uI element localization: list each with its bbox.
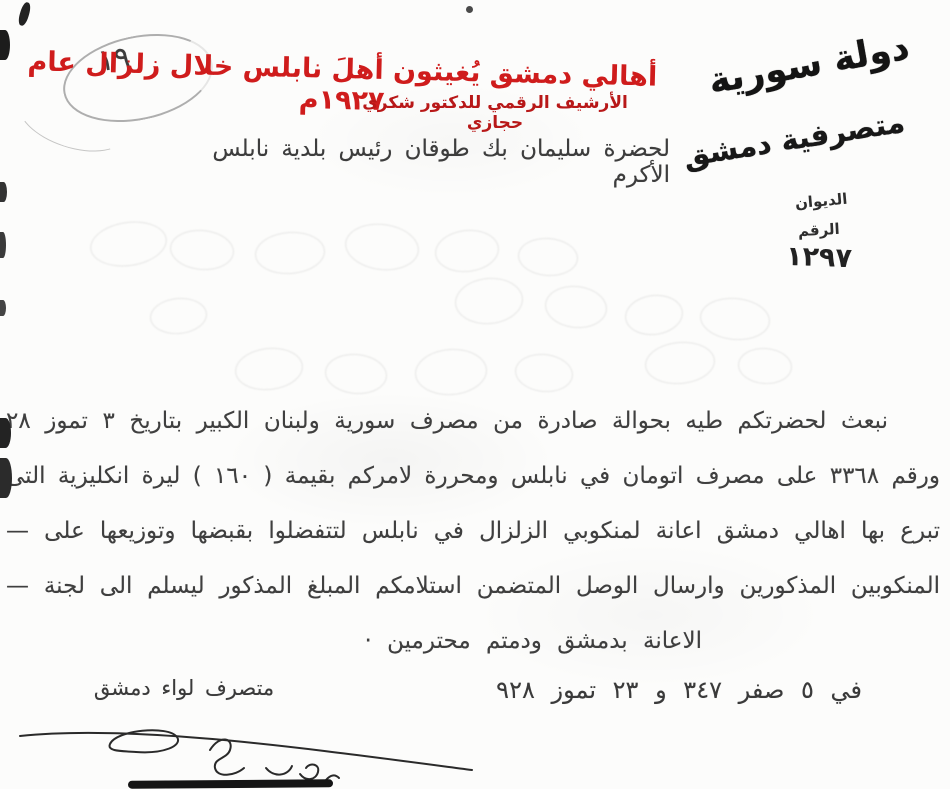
ghost-mark <box>623 292 685 339</box>
letter-body: نبعث لحضرتكم طيه بحوالة صادرة من مصرف سو… <box>6 394 940 669</box>
ghost-mark <box>168 227 235 272</box>
edge-ink-mark <box>0 418 11 448</box>
letterhead-number-value: ١٢٩٧ <box>785 241 852 274</box>
bottom-scan-bar <box>128 779 333 788</box>
ghost-mark <box>87 217 169 271</box>
edge-ink-mark <box>0 182 7 202</box>
ghost-mark <box>698 295 771 343</box>
ghost-mark <box>543 283 609 331</box>
handwritten-signature <box>14 710 484 788</box>
ghost-mark <box>643 339 716 387</box>
ghost-mark <box>433 227 501 275</box>
edge-ink-mark <box>0 30 10 60</box>
ghost-mark <box>413 347 488 398</box>
body-line: ورقم ٣٣٦٨ على مصرف اتومان في نابلس ومحرر… <box>6 449 940 504</box>
letterhead-office: متصرفية دمشق <box>667 102 921 175</box>
edge-ink-mark <box>0 458 12 498</box>
letterhead-diwan-label: الديوان <box>794 190 848 213</box>
body-line: نبعث لحضرتكم طيه بحوالة صادرة من مصرف سو… <box>6 394 940 449</box>
ink-speck <box>17 1 32 27</box>
letterhead-number-label: الرقم <box>798 220 841 240</box>
letterhead-state: دولة سورية <box>676 22 941 108</box>
annotation-credit: الأرشيف الرقمي للدكتور شكري حجازي <box>332 93 658 133</box>
edge-ink-mark <box>0 300 6 316</box>
signer-title: متصرف لواء دمشق <box>84 676 284 700</box>
body-line: المنكوبين المذكورين وارسال الوصل المتضمن… <box>6 559 940 614</box>
salutation-line: لحضرة سليمان بك طوقان رئيس بلدية نابلس ا… <box>158 136 670 188</box>
ghost-mark <box>149 296 209 337</box>
body-line: تبرع بها اهالي دمشق اعانة لمنكوبي الزلزا… <box>6 504 940 559</box>
ghost-mark <box>453 275 525 327</box>
edge-ink-mark <box>0 232 6 258</box>
ghost-mark <box>323 351 388 396</box>
scanned-letter-page: ١٩ أهالي دمشق يُغيثون أهلَ نابلس خلال زل… <box>0 0 950 789</box>
ghost-mark <box>254 230 327 277</box>
ghost-mark <box>513 351 575 395</box>
ink-speck <box>466 6 473 13</box>
date-line: في ٥ صفر ٣٤٧ و ٢٣ تموز ٩٢٨ <box>438 676 862 704</box>
ghost-mark <box>737 346 793 386</box>
ghost-mark <box>517 236 580 278</box>
ghost-mark <box>233 345 305 394</box>
ghost-mark <box>342 220 421 275</box>
body-line: الاعانة بدمشق ودمتم محترمين · <box>6 614 940 669</box>
